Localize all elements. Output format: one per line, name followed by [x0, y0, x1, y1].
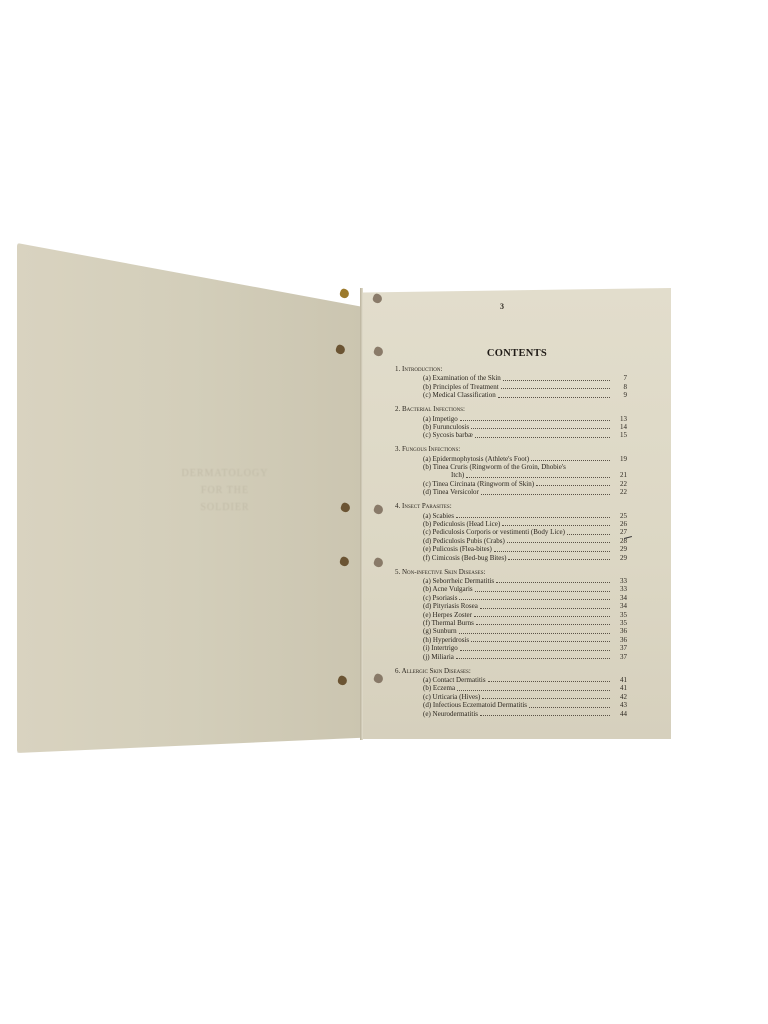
- toc-entry: (d) Infectious Eczematoid Dermatitis43: [395, 701, 627, 709]
- contents-title: CONTENTS: [363, 348, 671, 359]
- binding-hole-icon: [339, 288, 351, 300]
- bleed-through-text: DERMATOLOGY FOR THE SOLDIER: [150, 465, 300, 516]
- toc-entry: (b) Pediculosis (Head Lice)26: [395, 520, 627, 528]
- toc-entry: (f) Thermal Burns35: [395, 619, 627, 627]
- toc-entry: (d) Pityriasis Rosea34: [395, 602, 627, 610]
- section-heading: 5. Non-infective Skin Diseases:: [395, 568, 627, 576]
- toc-section: 5. Non-infective Skin Diseases: (a) Sebo…: [395, 568, 627, 661]
- section-heading: 1. Introduction:: [395, 365, 627, 373]
- section-heading: 6. Allergic Skin Diseases:: [395, 667, 627, 675]
- toc-entry: (b) Acne Vulgaris33: [395, 585, 627, 593]
- toc-entry: (j) Miliaria37: [395, 653, 627, 661]
- toc-section: 4. Insect Parasites: (a) Scabies25 (b) P…: [395, 502, 627, 562]
- toc-entry: (a) Examination of the Skin7: [395, 374, 627, 382]
- toc-entry: (c) Medical Classification9: [395, 391, 627, 399]
- toc-entry: (i) Intertrigo37: [395, 644, 627, 652]
- toc-entry: (a) Seborrheic Dermatitis33: [395, 577, 627, 585]
- toc-entry: (b) Furunculosis14: [395, 423, 627, 431]
- toc-entry: (c) Sycosis barbæ15: [395, 431, 627, 439]
- toc-section: 3. Fungous Infections: (a) Epidermophyto…: [395, 445, 627, 496]
- toc-entry: (a) Scabies25: [395, 512, 627, 520]
- toc-section: 6. Allergic Skin Diseases: (a) Contact D…: [395, 667, 627, 718]
- toc-entry: (b) Eczema41: [395, 684, 627, 692]
- toc-entry: (d) Pediculosis Pubis (Crabs)28: [395, 537, 627, 545]
- toc-entry: (f) Cimicosis (Bed-bug Bites)29: [395, 554, 627, 562]
- toc-entry: (e) Herpes Zoster35: [395, 611, 627, 619]
- toc-entry: (e) Pulicosis (Flea-bites)29: [395, 545, 627, 553]
- section-heading: 3. Fungous Infections:: [395, 445, 627, 453]
- toc-section: 1. Introduction: (a) Examination of the …: [395, 365, 627, 400]
- toc-entry: (g) Sunburn36: [395, 627, 627, 635]
- toc-entry: (b) Tinea Cruris (Ringworm of the Groin,…: [395, 463, 627, 471]
- toc-entry: (b) Principles of Treatment8: [395, 383, 627, 391]
- toc-entry: (c) Psoriasis34: [395, 594, 627, 602]
- bleed-line: DERMATOLOGY: [150, 465, 300, 482]
- toc-entry: (d) Tinea Versicolor22: [395, 488, 627, 496]
- section-heading: 4. Insect Parasites:: [395, 502, 627, 510]
- toc-entry: (a) Contact Dermatitis41: [395, 676, 627, 684]
- toc-section: 2. Bacterial Infections: (a) Impetigo13 …: [395, 405, 627, 440]
- bleed-line: FOR THE: [150, 482, 300, 499]
- bleed-line: SOLDIER: [150, 499, 300, 516]
- toc-entry-continuation: Itch)21: [395, 471, 627, 479]
- page-number: 3: [500, 302, 504, 311]
- toc-entry: (a) Epidermophytosis (Athlete's Foot)19: [395, 455, 627, 463]
- table-of-contents: 1. Introduction: (a) Examination of the …: [395, 365, 627, 723]
- toc-entry: (a) Impetigo13: [395, 415, 627, 423]
- toc-entry: (h) Hyperidrosis36: [395, 636, 627, 644]
- toc-entry: (c) Urticaria (Hives)42: [395, 693, 627, 701]
- section-heading: 2. Bacterial Infections:: [395, 405, 627, 413]
- toc-entry: (c) Tinea Circinata (Ringworm of Skin)22: [395, 480, 627, 488]
- toc-entry: (e) Neurodermatitis44: [395, 710, 627, 718]
- toc-entry: (c) Pediculosis Corporis or vestimenti (…: [395, 528, 627, 536]
